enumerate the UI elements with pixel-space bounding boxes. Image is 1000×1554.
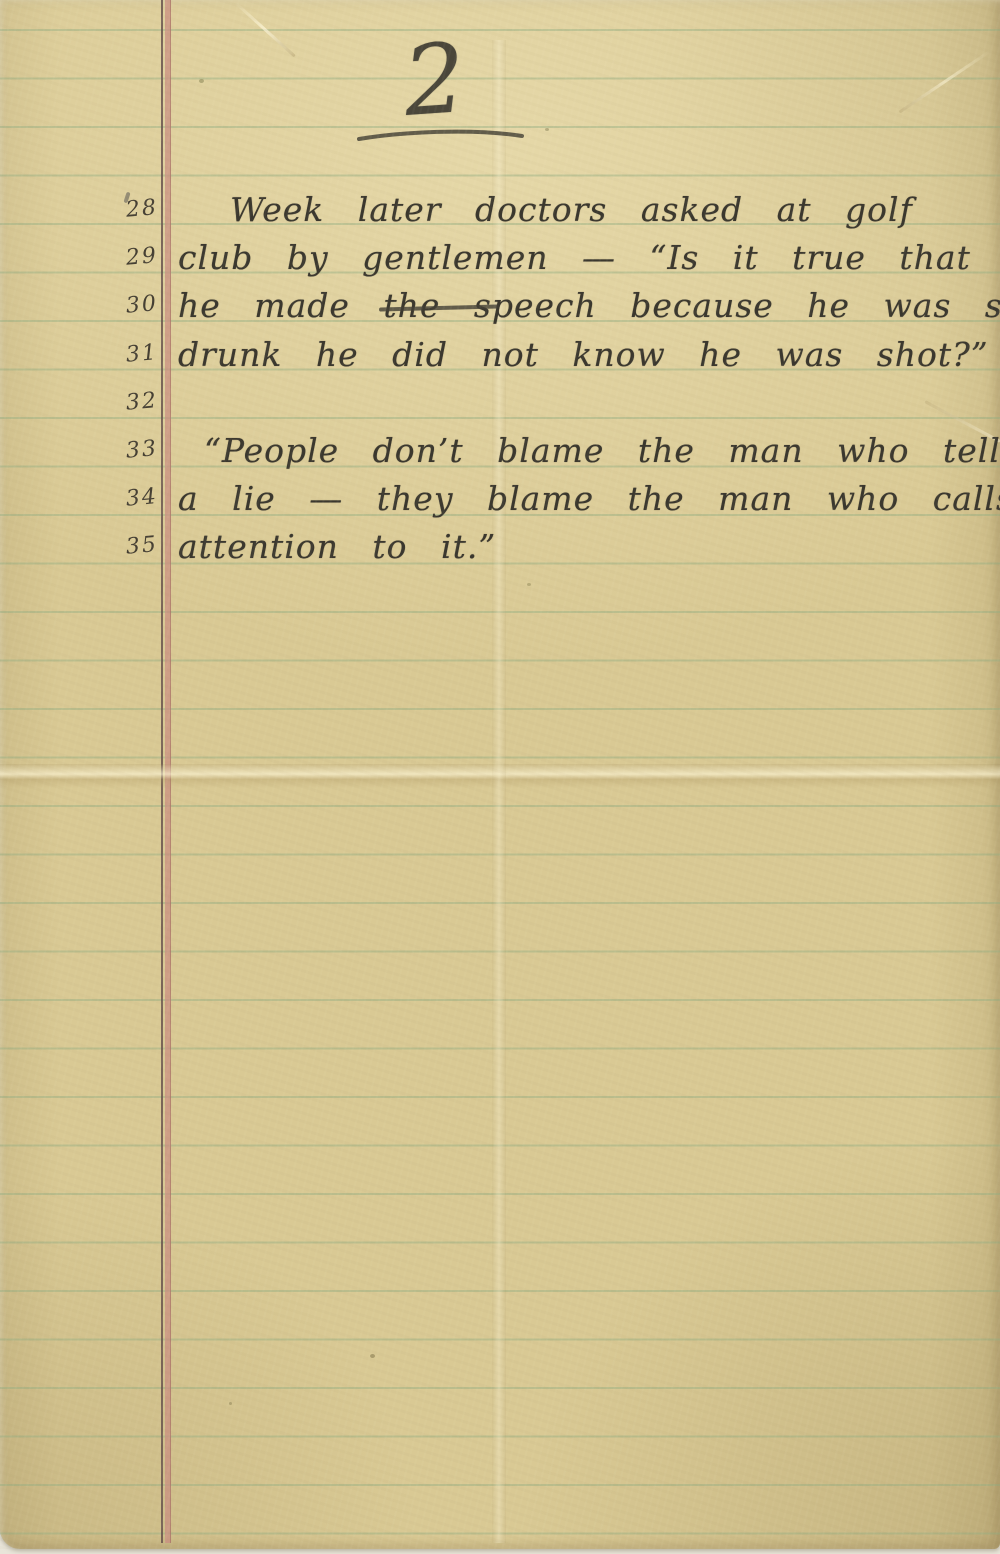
manuscript-line-30: 30he made the speech because he was so: [0, 275, 1000, 327]
line-number: 28: [87, 195, 159, 226]
text-segment: drunk he did not know he was shot?”: [178, 335, 989, 374]
line-number: 33: [87, 436, 159, 467]
handwritten-text: drunk he did not know he was shot?”: [178, 335, 989, 374]
handwritten-text: Week later doctors asked at golf: [230, 190, 913, 229]
text-segment: a lie — they blame the man who calls: [178, 479, 1000, 518]
handwritten-text: a lie — they blame the man who calls: [178, 479, 1000, 518]
handwritten-text: club by gentlemen — “Is it true that: [178, 238, 971, 277]
manuscript-line-32: 32: [0, 372, 1000, 424]
handwritten-text: “People don’t blame the man who tells: [204, 431, 1000, 470]
manuscript-line-29: 29club by gentlemen — “Is it true that: [0, 227, 1000, 279]
text-segment: club by gentlemen — “Is it true that: [178, 238, 971, 277]
text-segment: Week later doctors asked at golf: [230, 190, 913, 229]
line-number: 34: [87, 484, 159, 515]
handwritten-text: he made the speech because he was so: [178, 286, 1000, 325]
struck-through-text: the speech: [383, 286, 596, 325]
line-number: 29: [87, 243, 159, 274]
line-number: 32: [87, 388, 159, 419]
line-number: 35: [87, 532, 159, 563]
manuscript-line-28: 28Week later doctors asked at golf: [0, 179, 1000, 231]
line-number: 31: [87, 340, 159, 371]
handwritten-text: attention to it.”: [178, 527, 496, 566]
line-number: 30: [87, 291, 159, 322]
manuscript-line-35: 35attention to it.”: [0, 516, 1000, 568]
manuscript-line-33: 33“People don’t blame the man who tells: [0, 420, 1000, 472]
scanned-document: 2 28Week later doctors asked at golf29cl…: [0, 0, 1000, 1554]
manuscript-line-34: 34a lie — they blame the man who calls: [0, 468, 1000, 520]
text-segment: because he was so: [597, 286, 1000, 325]
notebook-page: 2 28Week later doctors asked at golf29cl…: [0, 0, 1000, 1549]
text-segment: he made: [178, 286, 383, 325]
text-segment: “People don’t blame the man who tells: [204, 431, 1000, 470]
manuscript-line-31: 31drunk he did not know he was shot?”: [0, 324, 1000, 376]
text-segment: attention to it.”: [178, 527, 496, 566]
manuscript-lines: 28Week later doctors asked at golf29club…: [0, 0, 1000, 1549]
